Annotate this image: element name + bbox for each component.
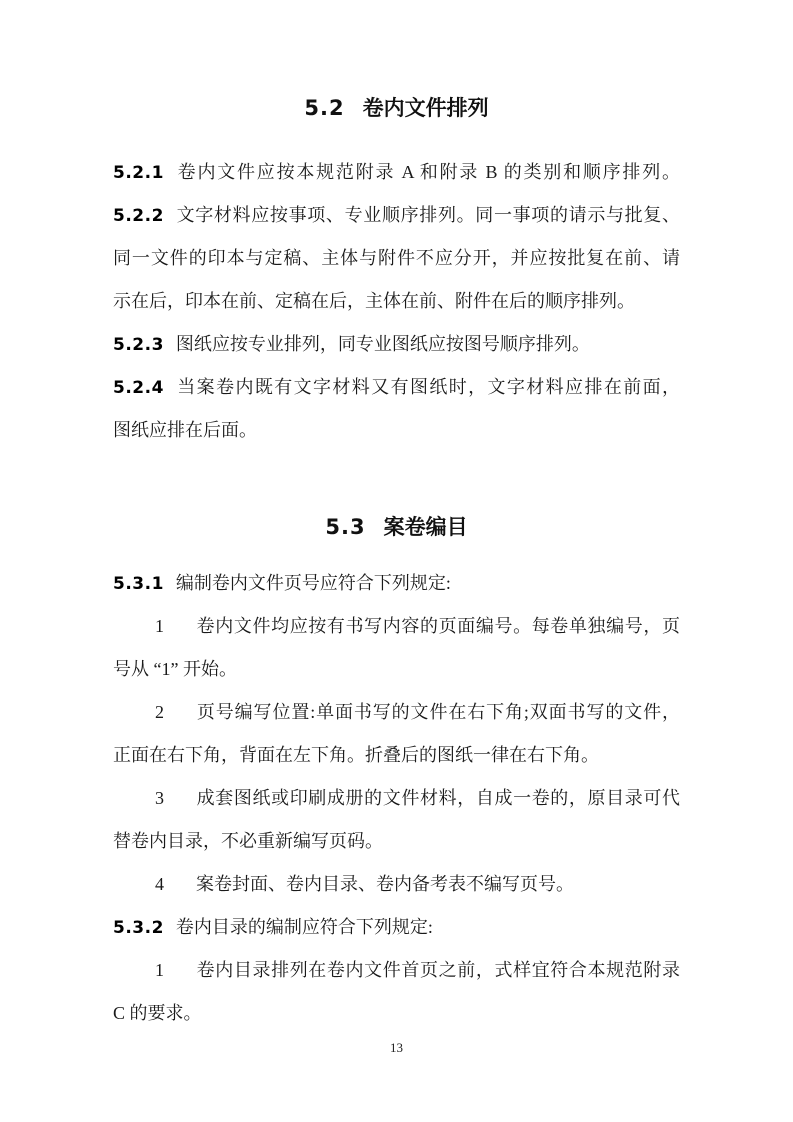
section-heading-5-3: 5.3案卷编目 [113, 514, 680, 540]
clause-number: 5.2.1 [113, 163, 164, 183]
clause-5-2-3-line: 5.2.3图纸应按专业排列，同专业图纸应按图号顺序排列。 [113, 332, 680, 357]
item-text: 替卷内目录，不必重新编写页码。 [113, 831, 383, 851]
clause-5-2-4-line-2: 图纸应排在后面。 [113, 418, 680, 442]
clause-5-2-4-line-1: 5.2.4当案卷内既有文字材料又有图纸时，文字材料应排在前面， [113, 375, 680, 400]
clause-number: 5.2.3 [113, 335, 164, 355]
clause-text: 示在后，印本在前、定稿在后，主体在前、附件在后的顺序排列。 [113, 291, 635, 311]
item-text: C 的要求。 [113, 1003, 202, 1023]
item-1-line-1: 1卷内文件均应按有书写内容的页面编号。每卷单独编号，页 [113, 614, 680, 638]
item-3-line-2: 替卷内目录，不必重新编写页码。 [113, 829, 680, 853]
clause-5-2-2-line-1: 5.2.2文字材料应按事项、专业顺序排列。同一事项的请示与批复、 [113, 203, 680, 228]
clause-text: 卷内目录的编制应符合下列规定: [176, 917, 433, 937]
clause-text: 图纸应按专业排列，同专业图纸应按图号顺序排列。 [176, 334, 590, 354]
item-text: 正面在右下角，背面在左下角。折叠后的图纸一律在右下角。 [113, 745, 599, 765]
item-number: 4 [155, 874, 164, 894]
item-2-line-1: 2页号编写位置:单面书写的文件在右下角;双面书写的文件， [113, 700, 680, 724]
item-number: 1 [155, 960, 164, 980]
clause-number: 5.3.2 [113, 918, 164, 938]
item-number: 3 [155, 788, 164, 808]
clause-5-2-1-line: 5.2.1卷内文件应按本规范附录 A 和附录 B 的类别和顺序排列。 [113, 160, 680, 185]
item-1b-line-1: 1卷内目录排列在卷内文件首页之前，式样宜符合本规范附录 [113, 958, 680, 982]
item-text: 页号编写位置:单面书写的文件在右下角;双面书写的文件， [196, 702, 680, 722]
clause-text: 图纸应排在后面。 [113, 420, 257, 440]
item-1-line-2: 号从 “1” 开始。 [113, 657, 680, 681]
item-2-line-2: 正面在右下角，背面在左下角。折叠后的图纸一律在右下角。 [113, 743, 680, 767]
item-3-line-1: 3成套图纸或印刷成册的文件材料，自成一卷的，原目录可代 [113, 786, 680, 810]
item-text: 案卷封面、卷内目录、卷内备考表不编写页号。 [196, 874, 574, 894]
section-heading-5-2: 5.2卷内文件排列 [113, 95, 680, 121]
item-4-line: 4案卷封面、卷内目录、卷内备考表不编写页号。 [113, 872, 680, 896]
clause-number: 5.3.1 [113, 574, 164, 594]
clause-text: 卷内文件应按本规范附录 A 和附录 B 的类别和顺序排列。 [176, 162, 680, 182]
item-1b-line-2: C 的要求。 [113, 1001, 680, 1025]
clause-5-3-2-line: 5.3.2卷内目录的编制应符合下列规定: [113, 915, 680, 940]
section-number: 5.3 [325, 515, 365, 539]
item-number: 1 [155, 616, 164, 636]
section-number: 5.2 [304, 96, 344, 120]
clause-5-3-1-line: 5.3.1编制卷内文件页号应符合下列规定: [113, 571, 680, 596]
item-text: 卷内目录排列在卷内文件首页之前，式样宜符合本规范附录 [196, 960, 680, 980]
item-text: 卷内文件均应按有书写内容的页面编号。每卷单独编号，页 [196, 616, 680, 636]
clause-text: 编制卷内文件页号应符合下列规定: [176, 573, 451, 593]
clause-5-2-2-line-2: 同一文件的印本与定稿、主体与附件不应分开，并应按批复在前、请 [113, 246, 680, 270]
document-page: 5.2卷内文件排列 5.2.1卷内文件应按本规范附录 A 和附录 B 的类别和顺… [0, 0, 793, 1122]
section-title: 卷内文件排列 [363, 96, 489, 120]
clause-text: 当案卷内既有文字材料又有图纸时，文字材料应排在前面， [176, 377, 680, 397]
page-number: 13 [0, 1040, 793, 1056]
clause-text: 文字材料应按事项、专业顺序排列。同一事项的请示与批复、 [176, 205, 680, 225]
section-title: 案卷编目 [384, 515, 468, 539]
clause-5-2-2-line-3: 示在后，印本在前、定稿在后，主体在前、附件在后的顺序排列。 [113, 289, 680, 313]
clause-number: 5.2.2 [113, 206, 164, 226]
item-number: 2 [155, 702, 164, 722]
item-text: 成套图纸或印刷成册的文件材料，自成一卷的，原目录可代 [196, 788, 680, 808]
clause-text: 同一文件的印本与定稿、主体与附件不应分开，并应按批复在前、请 [113, 248, 680, 268]
item-text: 号从 “1” 开始。 [113, 659, 237, 679]
clause-number: 5.2.4 [113, 378, 164, 398]
